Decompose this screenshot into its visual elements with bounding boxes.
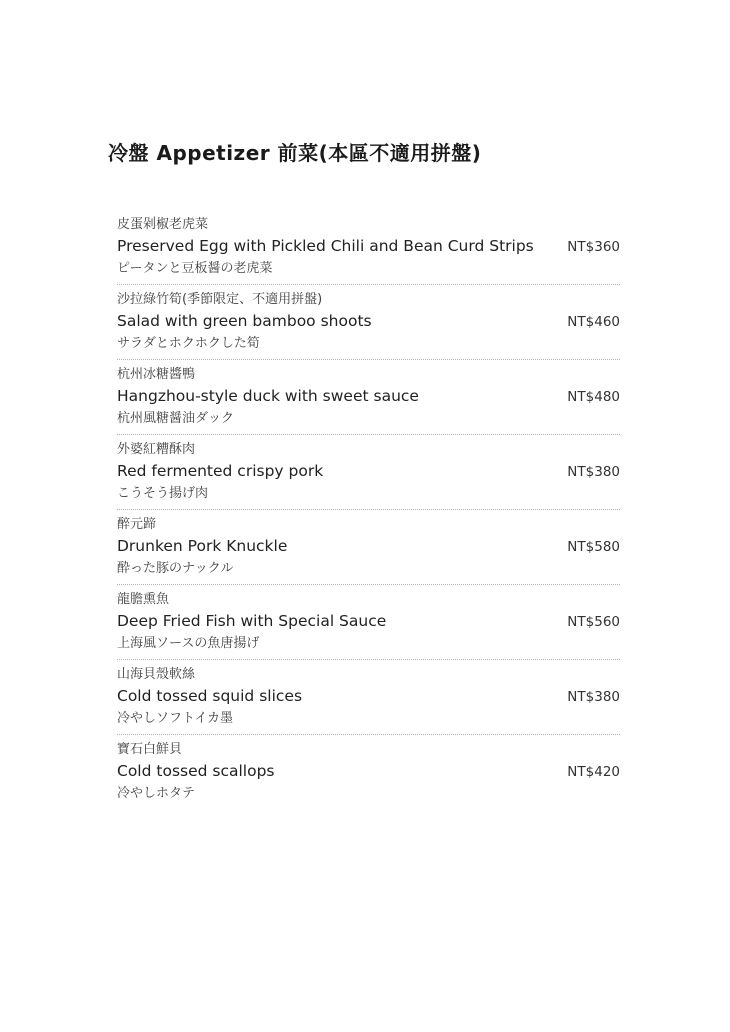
dish-price: NT$380 <box>567 685 620 709</box>
dish-name-english: Drunken Pork Knuckle <box>117 534 287 558</box>
dish-name-japanese: ピータンと豆板醤の老虎菜 <box>117 259 620 278</box>
dish-name-japanese: サラダとホクホクした筍 <box>117 334 620 353</box>
dish-row: Red fermented crispy pork NT$380 <box>117 459 620 484</box>
dish-name-japanese: 上海風ソースの魚唐揚げ <box>117 634 620 653</box>
page-title: 冷盤 Appetizer 前菜(本區不適用拼盤) <box>108 137 481 166</box>
menu-item: 杭州冰糖醬鴨 Hangzhou-style duck with sweet sa… <box>117 360 620 435</box>
dish-name-english: Hangzhou-style duck with sweet sauce <box>117 384 419 408</box>
menu-item: 沙拉綠竹筍(季節限定、不適用拼盤) Salad with green bambo… <box>117 285 620 360</box>
dish-price: NT$460 <box>567 310 620 334</box>
dish-row: Preserved Egg with Pickled Chili and Bea… <box>117 234 620 259</box>
dish-row: Cold tossed scallops NT$420 <box>117 759 620 784</box>
dish-price: NT$420 <box>567 760 620 784</box>
dish-price: NT$560 <box>567 610 620 634</box>
menu-item: 寶石白鮮貝 Cold tossed scallops NT$420 冷やしホタテ <box>117 735 620 809</box>
menu-item: 皮蛋剁椒老虎菜 Preserved Egg with Pickled Chili… <box>117 210 620 285</box>
dish-name-japanese: 冷やしソフトイカ墨 <box>117 709 620 728</box>
dish-price: NT$480 <box>567 385 620 409</box>
dish-price: NT$580 <box>567 535 620 559</box>
menu-item-list: 皮蛋剁椒老虎菜 Preserved Egg with Pickled Chili… <box>117 210 620 809</box>
dish-name-japanese: 冷やしホタテ <box>117 784 620 803</box>
dish-name-chinese: 寶石白鮮貝 <box>117 740 620 759</box>
dish-row: Cold tossed squid slices NT$380 <box>117 684 620 709</box>
dish-name-japanese: こうそう揚げ肉 <box>117 484 620 503</box>
dish-row: Deep Fried Fish with Special Sauce NT$56… <box>117 609 620 634</box>
dish-row: Salad with green bamboo shoots NT$460 <box>117 309 620 334</box>
dish-name-english: Cold tossed squid slices <box>117 684 302 708</box>
dish-name-english: Red fermented crispy pork <box>117 459 323 483</box>
dish-name-japanese: 酔った豚のナックル <box>117 559 620 578</box>
dish-name-english: Salad with green bamboo shoots <box>117 309 372 333</box>
menu-item: 山海貝殼軟絲 Cold tossed squid slices NT$380 冷… <box>117 660 620 735</box>
menu-item: 醉元蹄 Drunken Pork Knuckle NT$580 酔った豚のナック… <box>117 510 620 585</box>
dish-name-japanese: 杭州風糖醤油ダック <box>117 409 620 428</box>
dish-name-chinese: 外婆紅糟酥肉 <box>117 440 620 459</box>
dish-name-chinese: 龍膽熏魚 <box>117 590 620 609</box>
dish-name-chinese: 山海貝殼軟絲 <box>117 665 620 684</box>
menu-item: 外婆紅糟酥肉 Red fermented crispy pork NT$380 … <box>117 435 620 510</box>
dish-price: NT$380 <box>567 460 620 484</box>
dish-name-chinese: 杭州冰糖醬鴨 <box>117 365 620 384</box>
dish-name-english: Deep Fried Fish with Special Sauce <box>117 609 386 633</box>
dish-row: Hangzhou-style duck with sweet sauce NT$… <box>117 384 620 409</box>
dish-name-english: Preserved Egg with Pickled Chili and Bea… <box>117 234 534 258</box>
dish-name-english: Cold tossed scallops <box>117 759 275 783</box>
dish-price: NT$360 <box>567 235 620 259</box>
dish-name-chinese: 沙拉綠竹筍(季節限定、不適用拼盤) <box>117 290 620 309</box>
dish-name-chinese: 皮蛋剁椒老虎菜 <box>117 215 620 234</box>
dish-row: Drunken Pork Knuckle NT$580 <box>117 534 620 559</box>
dish-name-chinese: 醉元蹄 <box>117 515 620 534</box>
menu-item: 龍膽熏魚 Deep Fried Fish with Special Sauce … <box>117 585 620 660</box>
